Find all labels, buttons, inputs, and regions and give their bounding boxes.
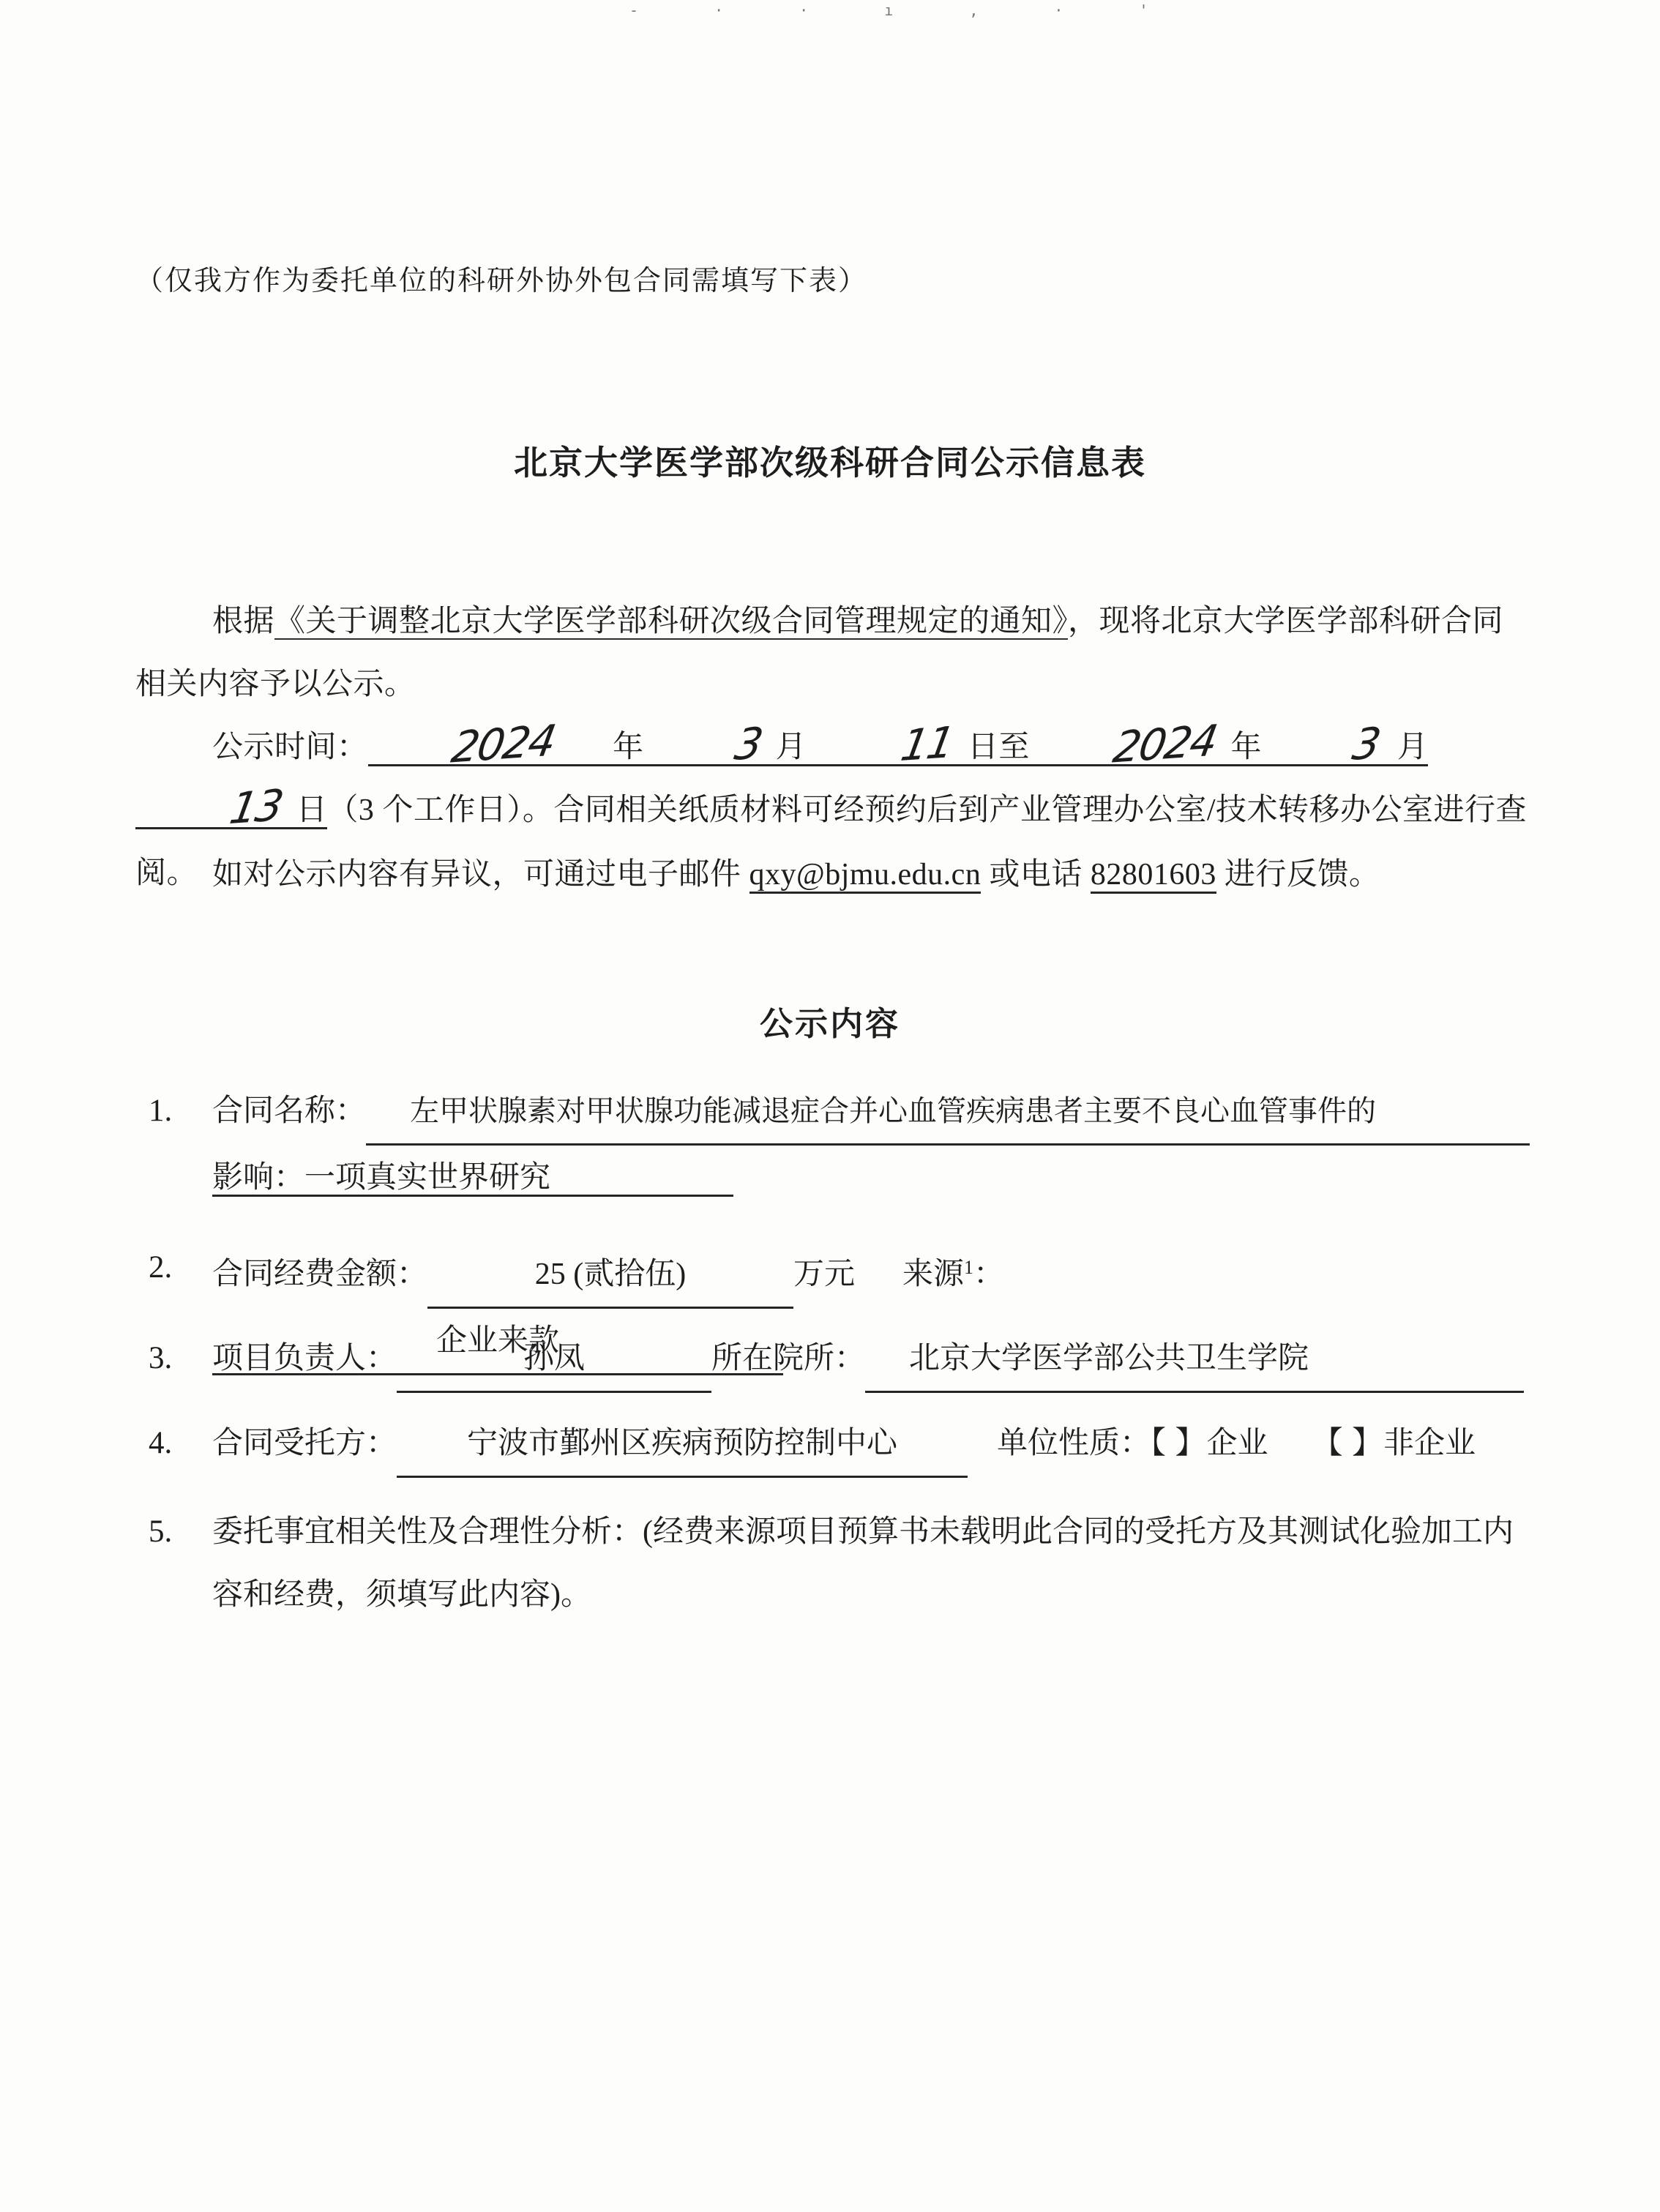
year-label-2: 年	[1231, 731, 1263, 764]
contract-name-value-line1: 左甲状腺素对甲状腺功能减退症合并心血管疾病患者主要不良心血管事件的	[366, 1079, 1530, 1146]
item-number: 2.	[149, 1236, 172, 1300]
footnote-marker: 1	[964, 1257, 973, 1278]
funding-label: 合同经费金额：	[212, 1258, 427, 1291]
funding-source-colon: ：	[973, 1258, 1004, 1291]
contract-name-value-line2: 影响：一项真实世界研究	[212, 1161, 733, 1197]
scan-edge-artifact: - · · ı , · '	[629, 1, 1182, 19]
enterprise-option-label: 企业	[1207, 1427, 1268, 1460]
contract-name-label: 合同名称：	[212, 1079, 366, 1143]
item-number: 3.	[149, 1326, 172, 1391]
pi-name-field: 孙凤	[397, 1326, 711, 1393]
day-label: 日	[296, 793, 328, 827]
item-number: 1.	[149, 1079, 172, 1143]
notice-title: 《关于调整北京大学医学部科研次级合同管理规定的通知》	[274, 605, 1068, 640]
affiliation-field: 北京大学医学部公共卫生学院	[865, 1326, 1524, 1393]
day-to-label: 日至	[968, 731, 1030, 764]
year-label: 年	[613, 731, 644, 764]
contractor-label: 合同受托方：	[212, 1427, 397, 1460]
feedback-middle: 或电话	[981, 858, 1091, 892]
top-note: （仅我方作为委托单位的科研外协外包合同需填写下表）	[135, 258, 867, 298]
nature-label: 单位性质：	[997, 1427, 1151, 1460]
enterprise-checkbox: 【 】	[1151, 1427, 1207, 1460]
handwritten-start-year: 2024	[372, 719, 558, 774]
pi-label: 项目负责人：	[212, 1342, 397, 1375]
intro-prefix: 根据	[212, 605, 274, 638]
feedback-paragraph: 如对公示内容有异议，可通过电子邮件 qxy@bjmu.edu.cn 或电话 82…	[135, 843, 1530, 906]
affiliation-label: 所在院所：	[711, 1342, 865, 1375]
intro-paragraph: 根据《关于调整北京大学医学部科研次级合同管理规定的通知》，现将北京大学医学部科研…	[135, 590, 1530, 716]
period-label: 公示时间：	[212, 731, 368, 764]
contract-name-value-line2-text: 影响：一项真实世界研究	[212, 1161, 550, 1195]
contact-phone: 82801603	[1091, 858, 1216, 894]
handwritten-end-month: 3	[1273, 722, 1383, 772]
contractor-field: 宁波市鄞州区疾病预防控制中心	[397, 1411, 968, 1478]
list-item-contract-name: 1. 合同名称： 左甲状腺素对甲状腺功能减退症合并心血管疾病患者主要不良心血管事…	[135, 1079, 1530, 1210]
section-title: 公示内容	[0, 997, 1660, 1045]
funding-unit: 万元	[793, 1258, 855, 1291]
non-enterprise-option-label: 非企业	[1383, 1427, 1476, 1460]
contact-email: qxy@bjmu.edu.cn	[749, 858, 982, 894]
handwritten-end-day: 13	[150, 783, 285, 835]
list-item-analysis: 5. 委托事宜相关性及合理性分析：(经费来源项目预算书未载明此合同的受托方及其测…	[135, 1501, 1530, 1626]
handwritten-start-day: 11	[821, 720, 957, 772]
month-label-2: 月	[1397, 731, 1429, 764]
handwritten-start-month: 3	[655, 722, 765, 772]
feedback-suffix: 进行反馈。	[1216, 858, 1380, 892]
list-item-pi: 3. 项目负责人：孙凤所在院所：北京大学医学部公共卫生学院	[135, 1326, 1530, 1393]
item-number: 4.	[149, 1411, 172, 1476]
month-label: 月	[776, 731, 807, 764]
handwritten-end-year: 2024	[1033, 719, 1219, 774]
contract-name-value-line2-wrap: 影响：一项真实世界研究	[212, 1146, 1530, 1210]
item-number: 5.	[149, 1501, 172, 1563]
page-title: 北京大学医学部次级科研合同公示信息表	[0, 436, 1660, 485]
funding-source-label: 来源	[902, 1258, 964, 1291]
funding-amount-field: 25 (贰拾伍)	[427, 1242, 793, 1309]
list-item-contractor: 4. 合同受托方：宁波市鄞州区疾病预防控制中心单位性质：【 】企业【 】非企业	[135, 1411, 1530, 1478]
analysis-label: 委托事宜相关性及合理性分析：	[212, 1515, 643, 1549]
feedback-prefix: 如对公示内容有异议，可通过电子邮件	[212, 858, 749, 892]
scanned-document-page: - · · ı , · ' （仅我方作为委托单位的科研外协外包合同需填写下表） …	[0, 0, 1660, 2212]
non-enterprise-checkbox: 【 】	[1312, 1427, 1384, 1460]
